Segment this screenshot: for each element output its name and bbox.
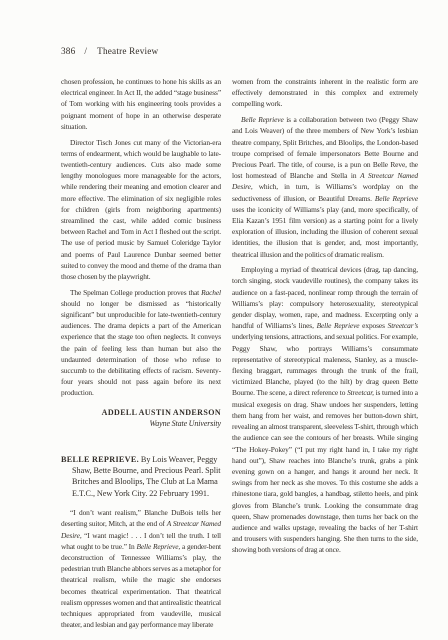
journal-page: 386/Theatre Review chosen profession, he… xyxy=(0,0,448,640)
left-column: chosen profession, he continues to hone … xyxy=(61,76,221,630)
paragraph: Belle Reprieve is a collaboration betwee… xyxy=(232,114,418,260)
paragraph: “I don’t want realism,” Blanche DuBois t… xyxy=(61,507,221,630)
section-title: Theatre Review xyxy=(97,46,158,56)
reviewer-affiliation: Wayne State University xyxy=(61,418,221,429)
header-separator: / xyxy=(84,46,87,56)
paragraph: The Spelman College production proves th… xyxy=(61,287,221,399)
reviewer-signature: ADDELL AUSTIN ANDERSONWayne State Univer… xyxy=(61,407,221,430)
page-number: 386 xyxy=(61,46,75,56)
reviewer-name: ADDELL AUSTIN ANDERSON xyxy=(61,407,221,418)
paragraph: women from the constraints inherent in t… xyxy=(232,76,418,110)
paragraph: Employing a myriad of theatrical devices… xyxy=(232,264,418,555)
running-head: 386/Theatre Review xyxy=(61,46,418,56)
two-column-text-body: chosen profession, he continues to hone … xyxy=(61,76,418,630)
paragraph: Director Tisch Jones cut many of the Vic… xyxy=(61,137,221,283)
paragraph: chosen profession, he continues to hone … xyxy=(61,76,221,132)
review-citation: BELLE REPRIEVE. By Lois Weaver, Peggy Sh… xyxy=(61,454,221,500)
right-column: women from the constraints inherent in t… xyxy=(232,76,418,556)
